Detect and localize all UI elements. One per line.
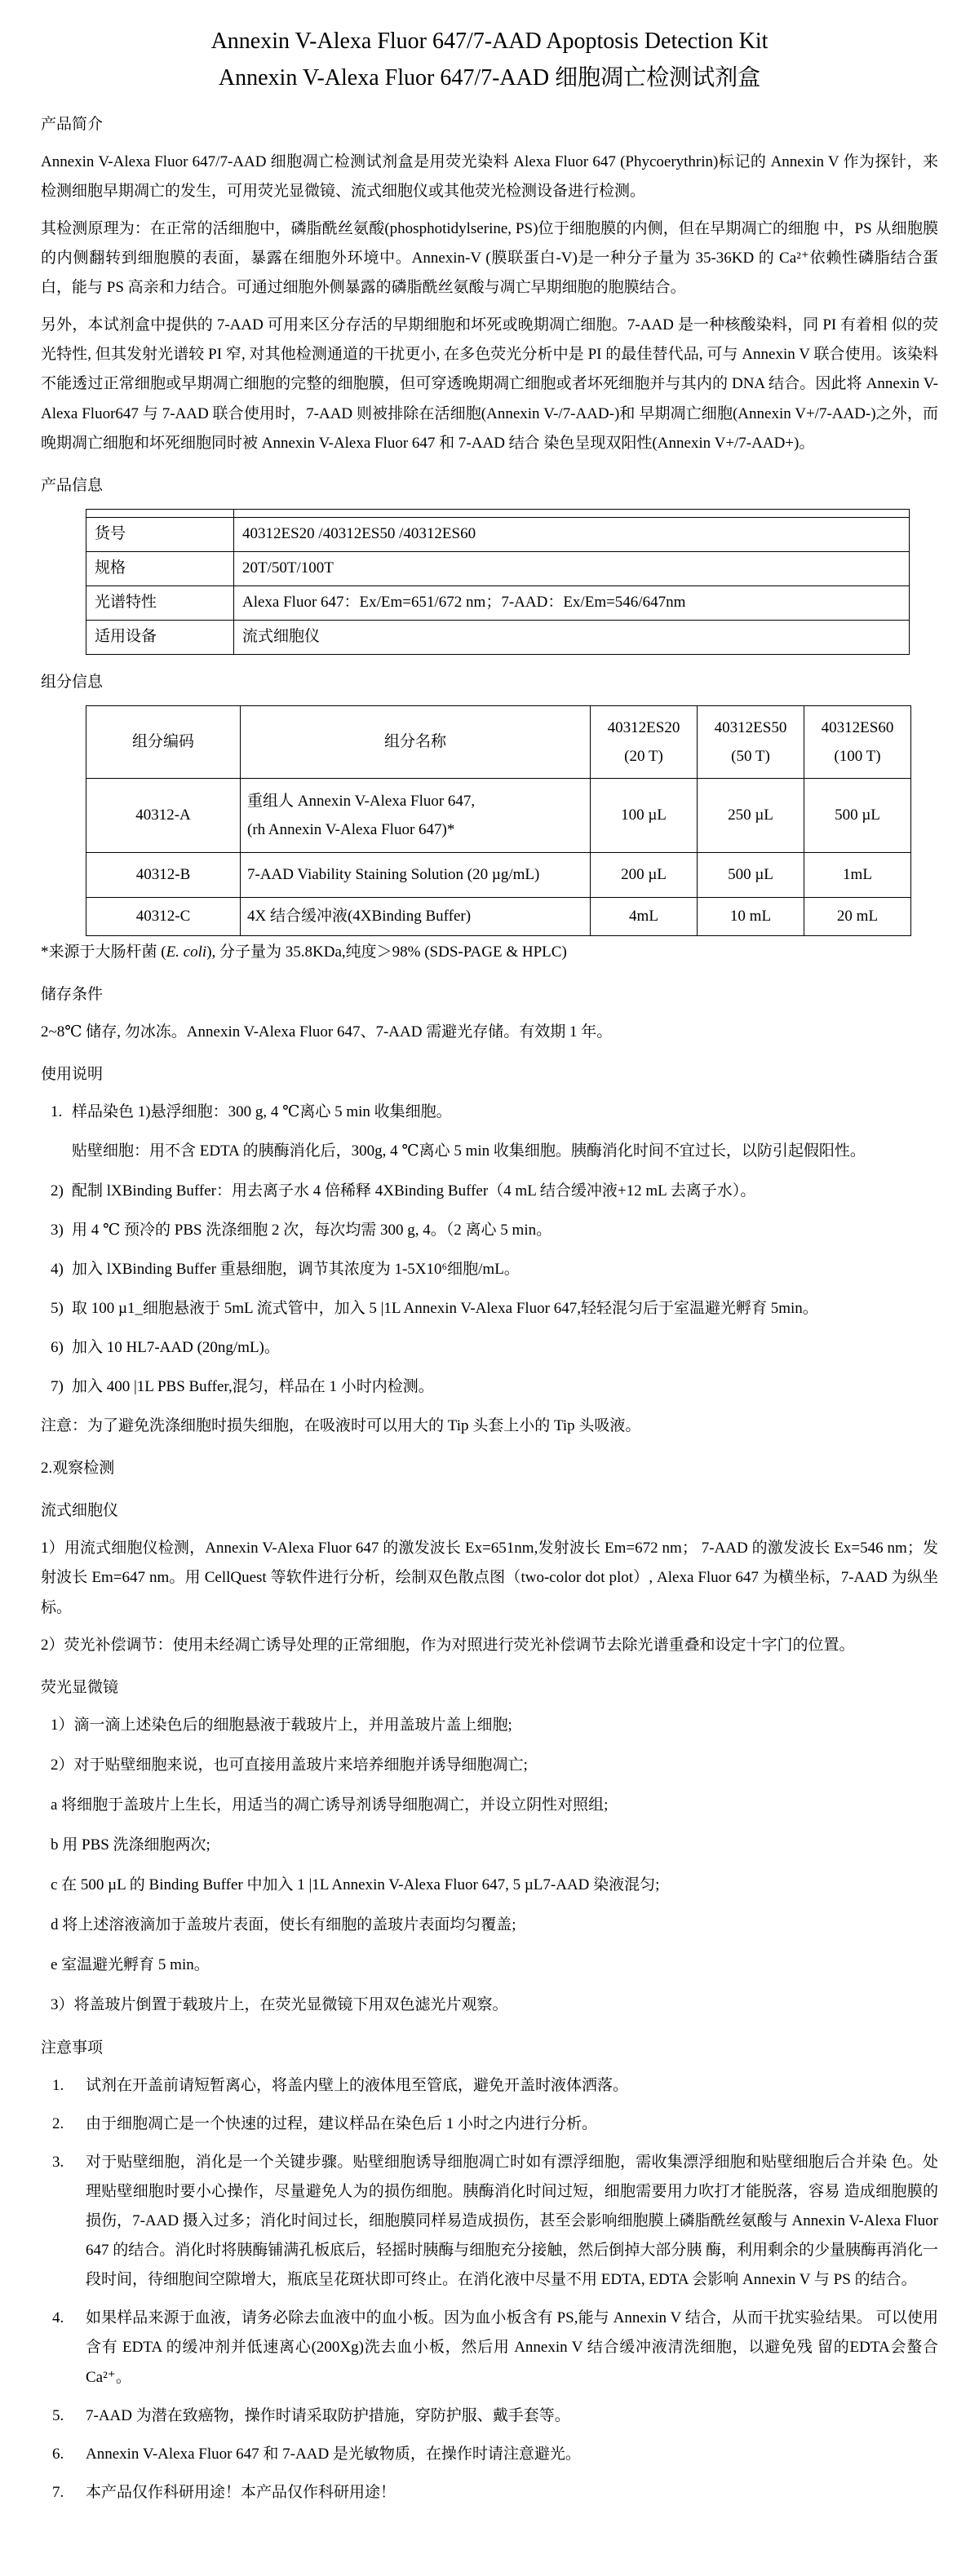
precaution-item: 3. 对于贴壁细胞，消化是一个关键步骤。贴壁细胞诱导细胞凋亡时如有漂浮细胞，需收… [41, 2148, 938, 2295]
item-text: 如果样品来源于血液，请务必除去血液中的血小板。因为血小板含有 PS,能与 Ann… [86, 2309, 938, 2385]
microscope-step: 2）对于贴壁细胞来说，也可直接用盖玻片来培养细胞并诱导细胞凋亡; [41, 1751, 938, 1780]
kit-size: (100 T) [811, 742, 904, 771]
component-row: 40312-B 7-AAD Viability Staining Solutio… [86, 852, 911, 897]
footnote-text: ), 分子量为 35.8KDa,纯度＞98% (SDS-PAGE & HPLC) [206, 943, 567, 961]
microscope-step: d 将上述溶液滴加于盖玻片表面，使长有细胞的盖玻片表面均匀覆盖; [41, 1911, 938, 1940]
intro-paragraph-2: 其检测原理为：在正常的活细胞中，磷脂酰丝氨酸(phosphotidylserin… [41, 214, 938, 303]
microscope-step: 1）滴一滴上述染色后的细胞悬液于载玻片上，并用盖玻片盖上细胞; [41, 1711, 938, 1740]
components-footnote: *来源于大肠杆菌 (E. coli), 分子量为 35.8KDa,纯度＞98% … [41, 938, 938, 967]
row-value: Alexa Fluor 647：Ex/Em=651/672 nm；7-AAD：E… [234, 585, 910, 620]
step-text: 样品染色 1)悬浮细胞：300 g, 4 ℃离心 5 min 收集细胞。 [72, 1103, 452, 1120]
row-label: 光谱特性 [86, 585, 234, 620]
microscope-step: b 用 PBS 洗涤细胞两次; [41, 1831, 938, 1860]
usage-step: 4) 加入 lXBinding Buffer 重悬细胞，调节其浓度为 1-5X1… [41, 1255, 938, 1284]
item-number: 7. [52, 2478, 64, 2508]
item-number: 6. [52, 2440, 64, 2469]
col-header-kit-20t: 40312ES20 (20 T) [591, 705, 698, 778]
component-name: 7-AAD Viability Staining Solution (20 µg… [241, 852, 591, 897]
precaution-item: 7. 本产品仅作科研用途！本产品仅作科研用途！ [41, 2478, 938, 2508]
item-number: 4. [52, 2304, 64, 2333]
microscope-step: e 室温避光孵育 5 min。 [41, 1951, 938, 1980]
col-header-kit-100t: 40312ES60 (100 T) [804, 705, 911, 778]
step-text: 加入 lXBinding Buffer 重悬细胞，调节其浓度为 1-5X10⁶细… [72, 1261, 520, 1278]
step-number: 2) [51, 1177, 64, 1206]
document-page: Annexin V-Alexa Fluor 647/7-AAD Apoptosi… [0, 0, 979, 2576]
flow-paragraph-1: 1）用流式细胞仪检测，Annexin V-Alexa Fluor 647 的激发… [41, 1534, 938, 1622]
kit-cat: 40312ES50 [704, 714, 797, 742]
doc-title-en: Annexin V-Alexa Fluor 647/7-AAD Apoptosi… [41, 23, 938, 60]
component-volume: 1mL [804, 852, 911, 897]
heading-product-info: 产品信息 [41, 471, 938, 501]
component-volume: 4mL [591, 897, 698, 935]
step-text: 用 4 ℃ 预冷的 PBS 洗涤细胞 2 次，每次均需 300 g, 4。（2 … [72, 1222, 552, 1239]
component-name-line2: (rh Annexin V-Alexa Fluor 647)* [247, 815, 583, 844]
microscope-step: 3）将盖玻片倒置于载玻片上，在荧光显微镜下用双色滤光片观察。 [41, 1991, 938, 2020]
doc-title: Annexin V-Alexa Fluor 647/7-AAD Apoptosi… [41, 23, 938, 97]
item-text: Annexin V-Alexa Fluor 647 和 7-AAD 是光敏物质，… [86, 2446, 581, 2463]
step-number: 5) [51, 1294, 64, 1323]
usage-step: 2) 配制 lXBinding Buffer：用去离子水 4 倍稀释 4XBin… [41, 1177, 938, 1206]
row-label: 货号 [86, 517, 234, 551]
table-row: 规格 20T/50T/100T [86, 551, 910, 585]
kit-cat: 40312ES60 [811, 714, 904, 742]
doc-title-zh: Annexin V-Alexa Fluor 647/7-AAD 细胞凋亡检测试剂… [41, 60, 938, 96]
row-label: 适用设备 [86, 620, 234, 654]
component-name: 4X 结合缓冲液(4XBinding Buffer) [241, 897, 591, 935]
usage-step: 7) 加入 400 |1L PBS Buffer,混匀，样品在 1 小时内检测。 [41, 1372, 938, 1402]
step-text: 加入 400 |1L PBS Buffer,混匀，样品在 1 小时内检测。 [72, 1378, 434, 1395]
usage-note: 注意：为了避免洗涤细胞时损失细胞，在吸液时可以用大的 Tip 头套上小的 Tip… [41, 1412, 938, 1441]
component-volume: 20 mL [804, 897, 911, 935]
item-number: 2. [52, 2110, 64, 2139]
precaution-item: 2. 由于细胞凋亡是一个快速的过程，建议样品在染色后 1 小时之内进行分析。 [41, 2110, 938, 2139]
item-number: 3. [52, 2148, 64, 2177]
step-number: 7) [51, 1372, 64, 1402]
item-text: 本产品仅作科研用途！本产品仅作科研用途！ [86, 2484, 396, 2501]
components-header-row: 组分编码 组分名称 40312ES20 (20 T) 40312ES50 (50… [86, 705, 911, 778]
footnote-text: *来源于大肠杆菌 ( [41, 943, 166, 961]
component-volume: 500 µL [804, 778, 911, 852]
step-text: 配制 lXBinding Buffer：用去离子水 4 倍稀释 4XBindin… [72, 1182, 755, 1200]
row-value: 40312ES20 /40312ES50 /40312ES60 [234, 517, 910, 551]
heading-components: 组分信息 [41, 668, 938, 697]
component-row: 40312-A 重组人 Annexin V-Alexa Fluor 647, (… [86, 778, 911, 852]
row-value: 20T/50T/100T [234, 551, 910, 585]
storage-text: 2~8℃ 储存, 勿冰冻。Annexin V-Alexa Fluor 647、7… [41, 1018, 938, 1047]
component-volume: 100 µL [591, 778, 698, 852]
step-text: 取 100 µ1_细胞悬液于 5mL 流式管中，加入 5 |1L Annexin… [72, 1300, 818, 1317]
heading-flow-cytometer: 流式细胞仪 [41, 1496, 938, 1526]
usage-step: 5) 取 100 µ1_细胞悬液于 5mL 流式管中，加入 5 |1L Anne… [41, 1294, 938, 1323]
kit-cat: 40312ES20 [597, 714, 690, 742]
step-number: 1. [51, 1098, 62, 1127]
usage-step-1: 1. 样品染色 1)悬浮细胞：300 g, 4 ℃离心 5 min 收集细胞。 [41, 1098, 938, 1127]
table-row: 光谱特性 Alexa Fluor 647：Ex/Em=651/672 nm；7-… [86, 585, 910, 620]
component-name-line1: 重组人 Annexin V-Alexa Fluor 647, [247, 787, 583, 815]
heading-fluorescence-microscope: 荧光显微镜 [41, 1673, 938, 1703]
intro-paragraph-3: 另外，本试剂盒中提供的 7-AAD 可用来区分存活的早期细胞和坏死或晚期凋亡细胞… [41, 311, 938, 457]
heading-usage: 使用说明 [41, 1060, 938, 1089]
heading-product-intro: 产品简介 [41, 110, 938, 139]
component-row: 40312-C 4X 结合缓冲液(4XBinding Buffer) 4mL 1… [86, 897, 911, 935]
intro-paragraph-1: Annexin V-Alexa Fluor 647/7-AAD 细胞凋亡检测试剂… [41, 148, 938, 206]
precaution-item: 5. 7-AAD 为潜在致癌物，操作时请采取防护措施，穿防护服、戴手套等。 [41, 2401, 938, 2431]
component-volume: 500 µL [698, 852, 804, 897]
item-text: 由于细胞凋亡是一个快速的过程，建议样品在染色后 1 小时之内进行分析。 [86, 2115, 597, 2132]
col-header-name: 组分名称 [241, 705, 591, 778]
component-volume: 250 µL [698, 778, 804, 852]
table-spacer-row [86, 509, 910, 517]
col-header-kit-50t: 40312ES50 (50 T) [698, 705, 804, 778]
step-number: 6) [51, 1333, 64, 1363]
component-code: 40312-C [86, 897, 241, 935]
microscope-step: c 在 500 µL 的 Binding Buffer 中加入 1 |1L An… [41, 1871, 938, 1900]
heading-storage: 储存条件 [41, 980, 938, 1010]
heading-observe: 2.观察检测 [41, 1454, 938, 1483]
item-number: 1. [52, 2071, 64, 2101]
table-row: 适用设备 流式细胞仪 [86, 620, 910, 654]
row-label: 规格 [86, 551, 234, 585]
kit-size: (20 T) [597, 742, 690, 771]
col-header-code: 组分编码 [86, 705, 241, 778]
usage-step-1-adherent: 贴壁细胞：用不含 EDTA 的胰酶消化后，300g, 4 ℃离心 5 min 收… [41, 1137, 938, 1166]
component-code: 40312-B [86, 852, 241, 897]
item-text: 7-AAD 为潜在致癌物，操作时请采取防护措施，穿防护服、戴手套等。 [86, 2407, 570, 2424]
precaution-item: 4. 如果样品来源于血液，请务必除去血液中的血小板。因为血小板含有 PS,能与 … [41, 2304, 938, 2392]
item-number: 5. [52, 2401, 64, 2431]
product-info-table: 货号 40312ES20 /40312ES50 /40312ES60 规格 20… [86, 509, 910, 655]
component-volume: 200 µL [591, 852, 698, 897]
usage-step: 3) 用 4 ℃ 预冷的 PBS 洗涤细胞 2 次，每次均需 300 g, 4。… [41, 1216, 938, 1245]
microscope-step: a 将细胞于盖玻片上生长，用适当的凋亡诱导剂诱导细胞凋亡，并设立阴性对照组; [41, 1791, 938, 1820]
step-number: 3) [51, 1216, 64, 1245]
step-text: 加入 10 HL7-AAD (20ng/mL)。 [72, 1339, 280, 1356]
precaution-item: 6. Annexin V-Alexa Fluor 647 和 7-AAD 是光敏… [41, 2440, 938, 2469]
heading-precautions: 注意事项 [41, 2034, 938, 2063]
flow-paragraph-2: 2）荧光补偿调节：使用未经凋亡诱导处理的正常细胞，作为对照进行荧光补偿调节去除光… [41, 1631, 938, 1660]
item-text: 试剂在开盖前请短暂离心，将盖内壁上的液体甩至管底，避免开盖时液体洒落。 [86, 2077, 628, 2094]
component-volume: 10 mL [698, 897, 804, 935]
item-text: 对于贴壁细胞，消化是一个关键步骤。贴壁细胞诱导细胞凋亡时如有漂浮细胞，需收集漂浮… [86, 2154, 938, 2288]
footnote-ecoli: E. coli [166, 943, 207, 961]
precaution-item: 1. 试剂在开盖前请短暂离心，将盖内壁上的液体甩至管底，避免开盖时液体洒落。 [41, 2071, 938, 2101]
component-code: 40312-A [86, 778, 241, 852]
table-row: 货号 40312ES20 /40312ES50 /40312ES60 [86, 517, 910, 551]
usage-step: 6) 加入 10 HL7-AAD (20ng/mL)。 [41, 1333, 938, 1363]
component-name: 重组人 Annexin V-Alexa Fluor 647, (rh Annex… [241, 778, 591, 852]
row-value: 流式细胞仪 [234, 620, 910, 654]
components-table: 组分编码 组分名称 40312ES20 (20 T) 40312ES50 (50… [86, 705, 911, 936]
kit-size: (50 T) [704, 742, 797, 771]
step-number: 4) [51, 1255, 64, 1284]
